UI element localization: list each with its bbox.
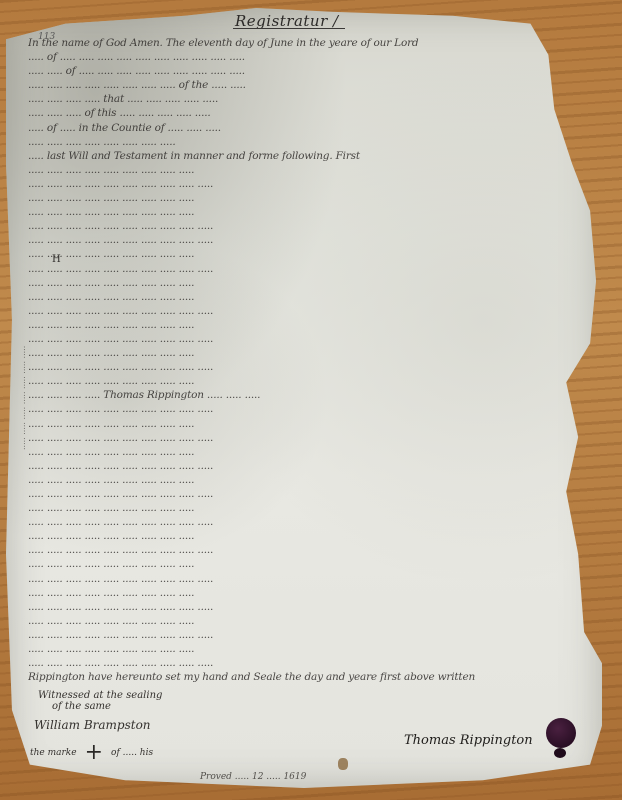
manuscript-line: ..... ..... ..... ..... ..... ..... ....…	[28, 501, 583, 515]
document-heading: Registratur /	[235, 12, 339, 30]
manuscript-line: ..... of ..... ..... ..... ..... ..... .…	[28, 50, 583, 64]
manuscript-line: ..... ..... ..... ..... ..... ..... ....…	[28, 459, 583, 473]
mark-label-left: the marke	[30, 748, 77, 758]
manuscript-line: ..... ..... ..... ..... ..... ..... ....…	[28, 262, 583, 276]
manuscript-line: ..... ..... ..... ..... ..... ..... ....…	[28, 163, 583, 177]
manuscript-line: ..... ..... ..... ..... ..... ..... ....…	[28, 346, 583, 360]
manuscript-line: ..... ..... ..... ..... ..... ..... ....…	[28, 445, 583, 459]
manuscript-line: ..... ..... ..... ..... ..... ..... ....…	[28, 191, 583, 205]
testator-signature: Thomas Rippington	[404, 733, 533, 748]
margin-annotation: ..... ..... ..... ..... ..... ..... ....…	[18, 250, 78, 450]
manuscript-line: ..... ..... ..... ..... ..... ..... ....…	[28, 543, 583, 557]
witness-line-2: of the same	[52, 701, 162, 712]
wax-seal-icon	[546, 718, 576, 748]
manuscript-line: ..... ..... ..... ..... ..... ..... ....…	[28, 402, 583, 416]
manuscript-line: ..... of ..... in the Countie of ..... .…	[28, 121, 583, 135]
manuscript-line: ..... ..... ..... ..... ..... ..... ....…	[28, 247, 583, 261]
manuscript-line: ..... ..... ..... ..... ..... ..... ....…	[28, 600, 583, 614]
witness-line-1: Witnessed at the sealing	[38, 690, 162, 701]
manuscript-line: ..... ..... ..... ..... ..... ..... ....…	[28, 276, 583, 290]
manuscript-line: ..... ..... ..... ..... ..... ..... ....…	[28, 431, 583, 445]
manuscript-line: ..... ..... ..... ..... ..... ..... ....…	[28, 219, 583, 233]
manuscript-line: ..... ..... ..... ..... ..... ..... ....…	[28, 628, 583, 642]
manuscript-line: ..... ..... ..... ..... ..... ..... ....…	[28, 614, 583, 628]
stain-mark	[338, 758, 348, 770]
manuscript-line: Rippington have hereunto set my hand and…	[28, 670, 583, 684]
manuscript-line: ..... ..... ..... ..... ..... ..... ....…	[28, 642, 583, 656]
manuscript-line: ..... ..... ..... ..... ..... ..... ....…	[28, 177, 583, 191]
will-body-text: In the name of God Amen. The eleventh da…	[28, 36, 583, 684]
manuscript-line: ..... ..... ..... ..... ..... ..... ....…	[28, 78, 583, 92]
manuscript-line: ..... ..... ..... ..... ..... ..... ....…	[28, 417, 583, 431]
manuscript-line: ..... ..... ..... ..... ..... ..... ....…	[28, 656, 583, 670]
manuscript-line: ..... ..... ..... ..... ..... ..... ....…	[28, 290, 583, 304]
probate-note: Proved ..... 12 ..... 1619	[200, 772, 306, 782]
manuscript-line: ..... ..... ..... ..... Thomas Rippingto…	[28, 388, 583, 402]
manuscript-line: ..... ..... ..... ..... ..... ..... ....…	[28, 586, 583, 600]
manuscript-line: ..... ..... ..... ..... ..... ..... ....…	[28, 557, 583, 571]
manuscript-line: ..... ..... of ..... ..... ..... ..... .…	[28, 64, 583, 78]
manuscript-line: ..... ..... ..... ..... ..... ..... ....…	[28, 135, 583, 149]
witness-name: William Brampston	[34, 718, 162, 732]
cross-mark-icon: +	[85, 740, 103, 765]
manuscript-line: ..... ..... ..... ..... ..... ..... ....…	[28, 572, 583, 586]
manuscript-line: ..... ..... ..... ..... ..... ..... ....…	[28, 360, 583, 374]
manuscript-line: ..... ..... ..... ..... ..... ..... ....…	[28, 515, 583, 529]
manuscript-line: ..... ..... ..... ..... ..... ..... ....…	[28, 205, 583, 219]
manuscript-line: ..... ..... ..... ..... ..... ..... ....…	[28, 473, 583, 487]
manuscript-line: ..... ..... ..... ..... ..... ..... ....…	[28, 529, 583, 543]
manuscript-line: ..... ..... ..... ..... ..... ..... ....…	[28, 233, 583, 247]
manuscript-line: ..... ..... ..... ..... ..... ..... ....…	[28, 332, 583, 346]
manuscript-line: ..... last Will and Testament in manner …	[28, 149, 583, 163]
manuscript-line: ..... ..... ..... ..... ..... ..... ....…	[28, 487, 583, 501]
manuscript-line: ..... ..... ..... ..... ..... ..... ....…	[28, 304, 583, 318]
wax-drip-icon	[554, 748, 566, 758]
manuscript-line: In the name of God Amen. The eleventh da…	[28, 36, 583, 50]
manuscript-line: ..... ..... ..... ..... ..... ..... ....…	[28, 374, 583, 388]
witness-mark: the marke + of ..... his	[30, 740, 162, 765]
manuscript-line: ..... ..... ..... ..... ..... ..... ....…	[28, 318, 583, 332]
manuscript-line: ..... ..... ..... of this ..... ..... ..…	[28, 106, 583, 120]
witness-block: Witnessed at the sealing of the same Wil…	[30, 690, 162, 765]
mark-label-right: of ..... his	[111, 748, 153, 758]
manuscript-line: ..... ..... ..... ..... that ..... .....…	[28, 92, 583, 106]
